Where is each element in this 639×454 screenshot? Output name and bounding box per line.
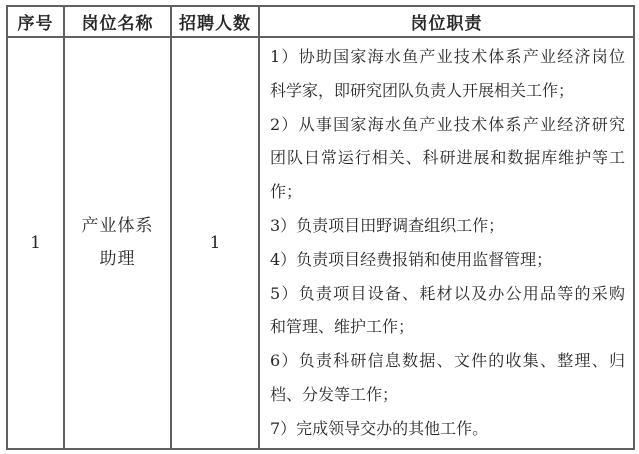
duty-line: 2）从事国家海水鱼产业技术体系产业经济研究 [270,108,625,142]
duty-line: 6）负责科研信息数据、文件的收集、整理、归 [270,344,625,378]
duty-line: 3）负责项目田野调查组织工作； [270,209,625,243]
duty-line: 和管理、维护工作； [270,310,625,344]
table-row: 1 产业体系 助理 1 1）协助国家海水鱼产业技术体系产业经济岗位 科学家，即研… [7,37,634,449]
duty-line: 4）负责项目经费报销和使用监督管理； [270,243,625,277]
col-header-position-name: 岗位名称 [64,6,171,37]
cell-duties: 1）协助国家海水鱼产业技术体系产业经济岗位 科学家，即研究团队负责人开展相关工作… [259,37,634,449]
col-header-index: 序号 [7,6,64,37]
duty-line: 5）负责项目设备、耗材以及办公用品等的采购 [270,277,625,311]
col-header-duties: 岗位职责 [259,6,634,37]
duty-line: 档、分发等工作； [270,378,625,412]
duty-line: 团队日常运行相关、科研进展和数据库维护等工 [270,141,625,175]
cell-position-name: 产业体系 助理 [64,37,171,449]
position-name-line: 助理 [65,243,170,276]
recruitment-table: 序号 岗位名称 招聘人数 岗位职责 1 产业体系 助理 1 1）协助国家海水鱼产… [6,5,635,450]
col-header-headcount: 招聘人数 [171,6,259,37]
page: 序号 岗位名称 招聘人数 岗位职责 1 产业体系 助理 1 1）协助国家海水鱼产… [0,0,639,450]
duty-line: 1）协助国家海水鱼产业技术体系产业经济岗位 [270,40,625,74]
position-name-line: 产业体系 [65,210,170,243]
cell-index: 1 [7,37,64,449]
cell-headcount: 1 [171,37,259,449]
duty-line: 科学家，即研究团队负责人开展相关工作； [270,74,625,108]
duty-line: 作； [270,175,625,209]
header-row: 序号 岗位名称 招聘人数 岗位职责 [7,6,634,37]
duty-line: 7）完成领导交办的其他工作。 [270,412,625,446]
